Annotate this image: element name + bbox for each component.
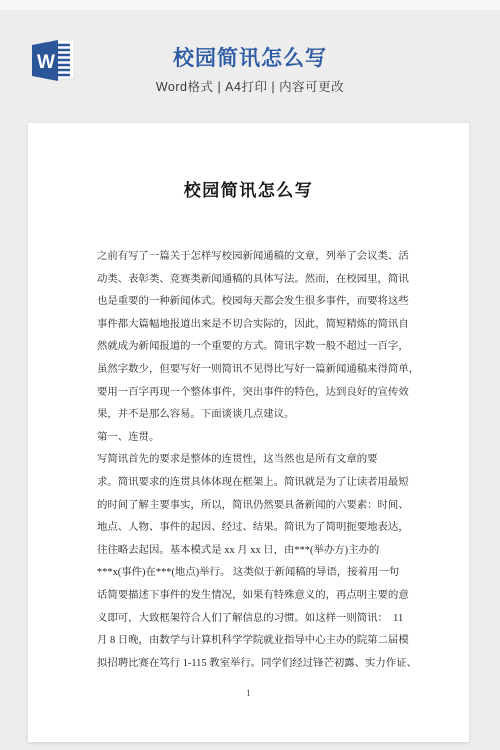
template-title: 校园简讯怎么写 bbox=[0, 42, 500, 72]
template-header: W 校园简讯怎么写 Word格式 | A4打印 | 内容可更改 bbox=[0, 0, 500, 123]
document-text-line: 事件都大篇幅地报道出来是不切合实际的，因此，简短精炼的简讯自 bbox=[97, 314, 413, 337]
document-text-line: 果，并不是那么容易。下面谈谈几点建议。 bbox=[97, 404, 413, 427]
document-body: 之前有写了一篇关于怎样写校园新闻通稿的文章，列举了会议类、活动类、表彰类、竞赛类… bbox=[97, 246, 413, 675]
document-text-line: 话简要描述下事件的发生情况，如果有特殊意义的，再点明主要的意 bbox=[97, 585, 413, 608]
document-text-line: 往往略去起因。基本模式是 xx 月 xx 日，由***(举办方)主办的 bbox=[97, 540, 413, 563]
document-text-line: 第一、连贯。 bbox=[97, 427, 413, 450]
document-title: 校园简讯怎么写 bbox=[28, 176, 469, 201]
document-text-line: 拟招聘比赛在笃行 1-115 教室举行。同学们经过锋芒初露、实力作证、 bbox=[97, 653, 413, 676]
document-text-line: 要用一百字再现一个整体事件，突出事件的特色，达到良好的宣传效 bbox=[97, 382, 413, 405]
document-text-line: 然就成为新闻报道的一个重要的方式。简讯字数一般不超过一百字， bbox=[97, 336, 413, 359]
document-text-line: 虽然字数少，但要写好一则简讯不见得比写好一篇新闻通稿来得简单， bbox=[97, 359, 413, 382]
document-text-line: 也是重要的一种新闻体式。校园每天都会发生很多事件，而要将这些 bbox=[97, 291, 413, 314]
document-page-preview[interactable]: 校园简讯怎么写 之前有写了一篇关于怎样写校园新闻通稿的文章，列举了会议类、活动类… bbox=[28, 123, 469, 742]
page-number: 1 bbox=[28, 688, 469, 698]
document-text-line: 动类、表彰类、竞赛类新闻通稿的具体写法。然而，在校园里，简讯 bbox=[97, 269, 413, 292]
document-text-line: 写简讯首先的要求是整体的连贯性，这当然也是所有文章的要 bbox=[97, 449, 413, 472]
document-text-line: 义即可，大致框架符合人们了解信息的习惯。如这样一则简讯： 11 bbox=[97, 608, 413, 631]
template-subtitle: Word格式 | A4打印 | 内容可更改 bbox=[0, 77, 500, 95]
document-text-line: 地点、人物、事件的起因、经过、结果。简讯为了简明扼要地表达， bbox=[97, 517, 413, 540]
document-text-line: ***x(事件)在***(地点)举行。 这类似于新闻稿的导语，接着用一句 bbox=[97, 562, 413, 585]
document-text-line: 之前有写了一篇关于怎样写校园新闻通稿的文章，列举了会议类、活 bbox=[97, 246, 413, 269]
document-text-line: 求。简讯要求的连贯具体体现在框架上。简讯就是为了让读者用最短 bbox=[97, 472, 413, 495]
document-text-line: 月 8 日晚，由数学与计算机科学学院就业指导中心主办的院第二届模 bbox=[97, 630, 413, 653]
document-text-line: 的时间了解主要事实，所以，简讯仍然要具备新闻的六要素：时间、 bbox=[97, 495, 413, 518]
